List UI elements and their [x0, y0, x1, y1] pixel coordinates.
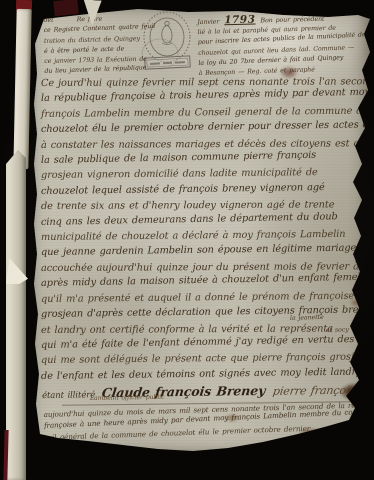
page-edge-strip-lower: [6, 150, 26, 480]
header-right-lines: lié à la loi et paraphé qui aura premier…: [197, 24, 368, 80]
header-left-column: det Re fairece Registre Contenant quatre…: [43, 14, 176, 78]
addendum-text: aujourd'hui quinze du mois de mars mil s…: [44, 401, 371, 443]
handwritten-line: chouzelot élu le premier octobre dernier…: [41, 118, 367, 138]
signature-prefix: étant illitéré: [42, 390, 95, 401]
margin-annotation: la jeanette: [290, 314, 324, 322]
registry-year: 1793: [224, 13, 256, 26]
dark-corner-fragment: [53, 0, 78, 16]
body-text: Ce jourd'hui quinze fevrier mil sept cen…: [41, 76, 367, 384]
scan-background: det Re fairece Registre Contenant quatre…: [0, 0, 374, 480]
handwritten-line: que jeanne gardenin Lambelin son épouse …: [41, 241, 367, 261]
page-edge-strip-upper: [13, 9, 31, 169]
manuscript-page: det Re fairece Registre Contenant quatre…: [28, 4, 372, 456]
signature-grosjean: pierre françois Grosjean: [271, 383, 374, 398]
year-suffix: Bon pour précédent: [260, 16, 324, 25]
margin-annotation: et socy: [326, 326, 349, 334]
year-prefix: Janvier: [197, 18, 219, 26]
officer-note: Lambelin officier public: [90, 394, 165, 402]
header-right-column: Janvier1793Bon pour précédent lié à la l…: [197, 12, 369, 80]
